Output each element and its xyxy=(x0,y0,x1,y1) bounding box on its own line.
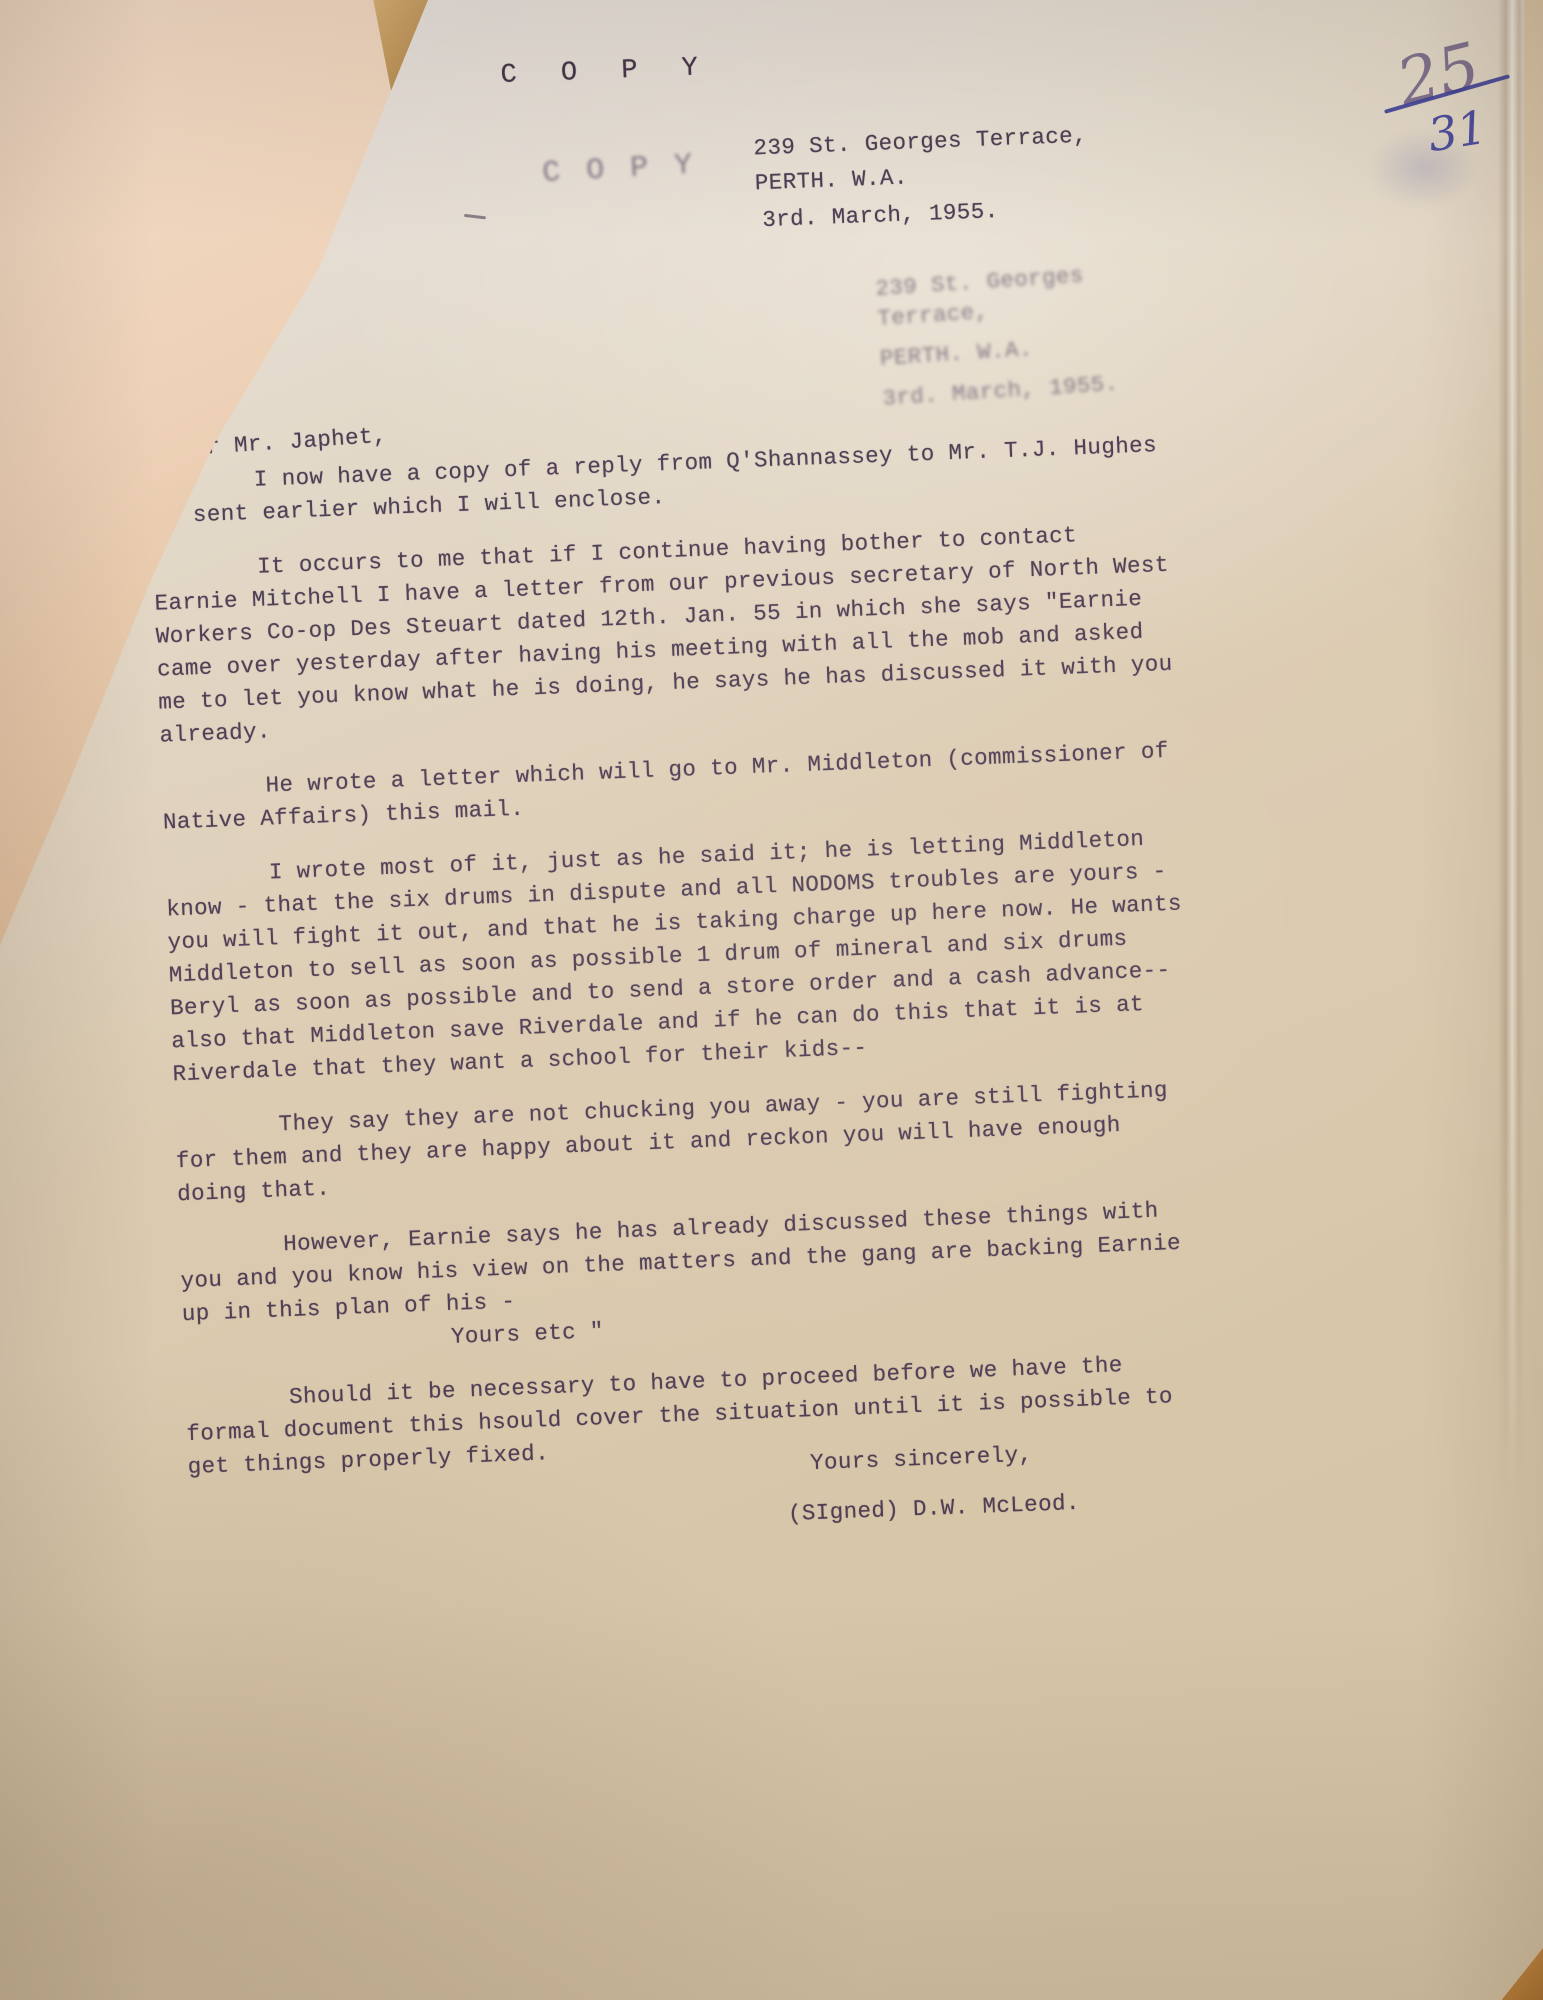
letter-paragraph: Should it be necessary to have to procee… xyxy=(185,1346,1208,1484)
closing: Yours sincerely, xyxy=(809,1439,1033,1481)
sender-address: 239 St. Georges Terrace, PERTH. W.A. xyxy=(753,120,1089,203)
letter-body: I now have a copy of a reply from Q'Shan… xyxy=(149,429,1208,1505)
copy-header: C O P Y xyxy=(500,52,713,93)
handwritten-page-number: 31 xyxy=(1424,100,1490,162)
letter-paragraph: They say they are not chucking you away … xyxy=(174,1073,1197,1211)
ghost-date-line: 3rd. March, 1955. xyxy=(882,363,1203,414)
ghost-copy-bleedthrough: COPY xyxy=(542,148,720,191)
letter-paragraph: It occurs to me that if I continue havin… xyxy=(153,516,1180,753)
ghost-address-line: 239 St. Georges Terrace, xyxy=(875,253,1198,334)
photo-of-letter: PLEASE NOTE CHANWESTIc/- A.S. Geo101 St.… xyxy=(0,0,1543,2000)
letter-paragraph: I wrote most of it, just as he said it; … xyxy=(164,821,1192,1091)
letter-date: 3rd. March, 1955. xyxy=(762,195,999,237)
stray-typewriter-mark xyxy=(464,214,486,220)
page-folded-edge xyxy=(1524,0,1543,900)
page-crease xyxy=(1498,0,1524,1500)
signature-line: (SIgned) D.W. McLeod. xyxy=(787,1487,1080,1531)
ghost-address-bleedthrough: 239 St. Georges Terrace, PERTH. W.A. 3rd… xyxy=(875,253,1204,423)
letter-paragraph: He wrote a letter which will go to Mr. M… xyxy=(161,734,1183,839)
